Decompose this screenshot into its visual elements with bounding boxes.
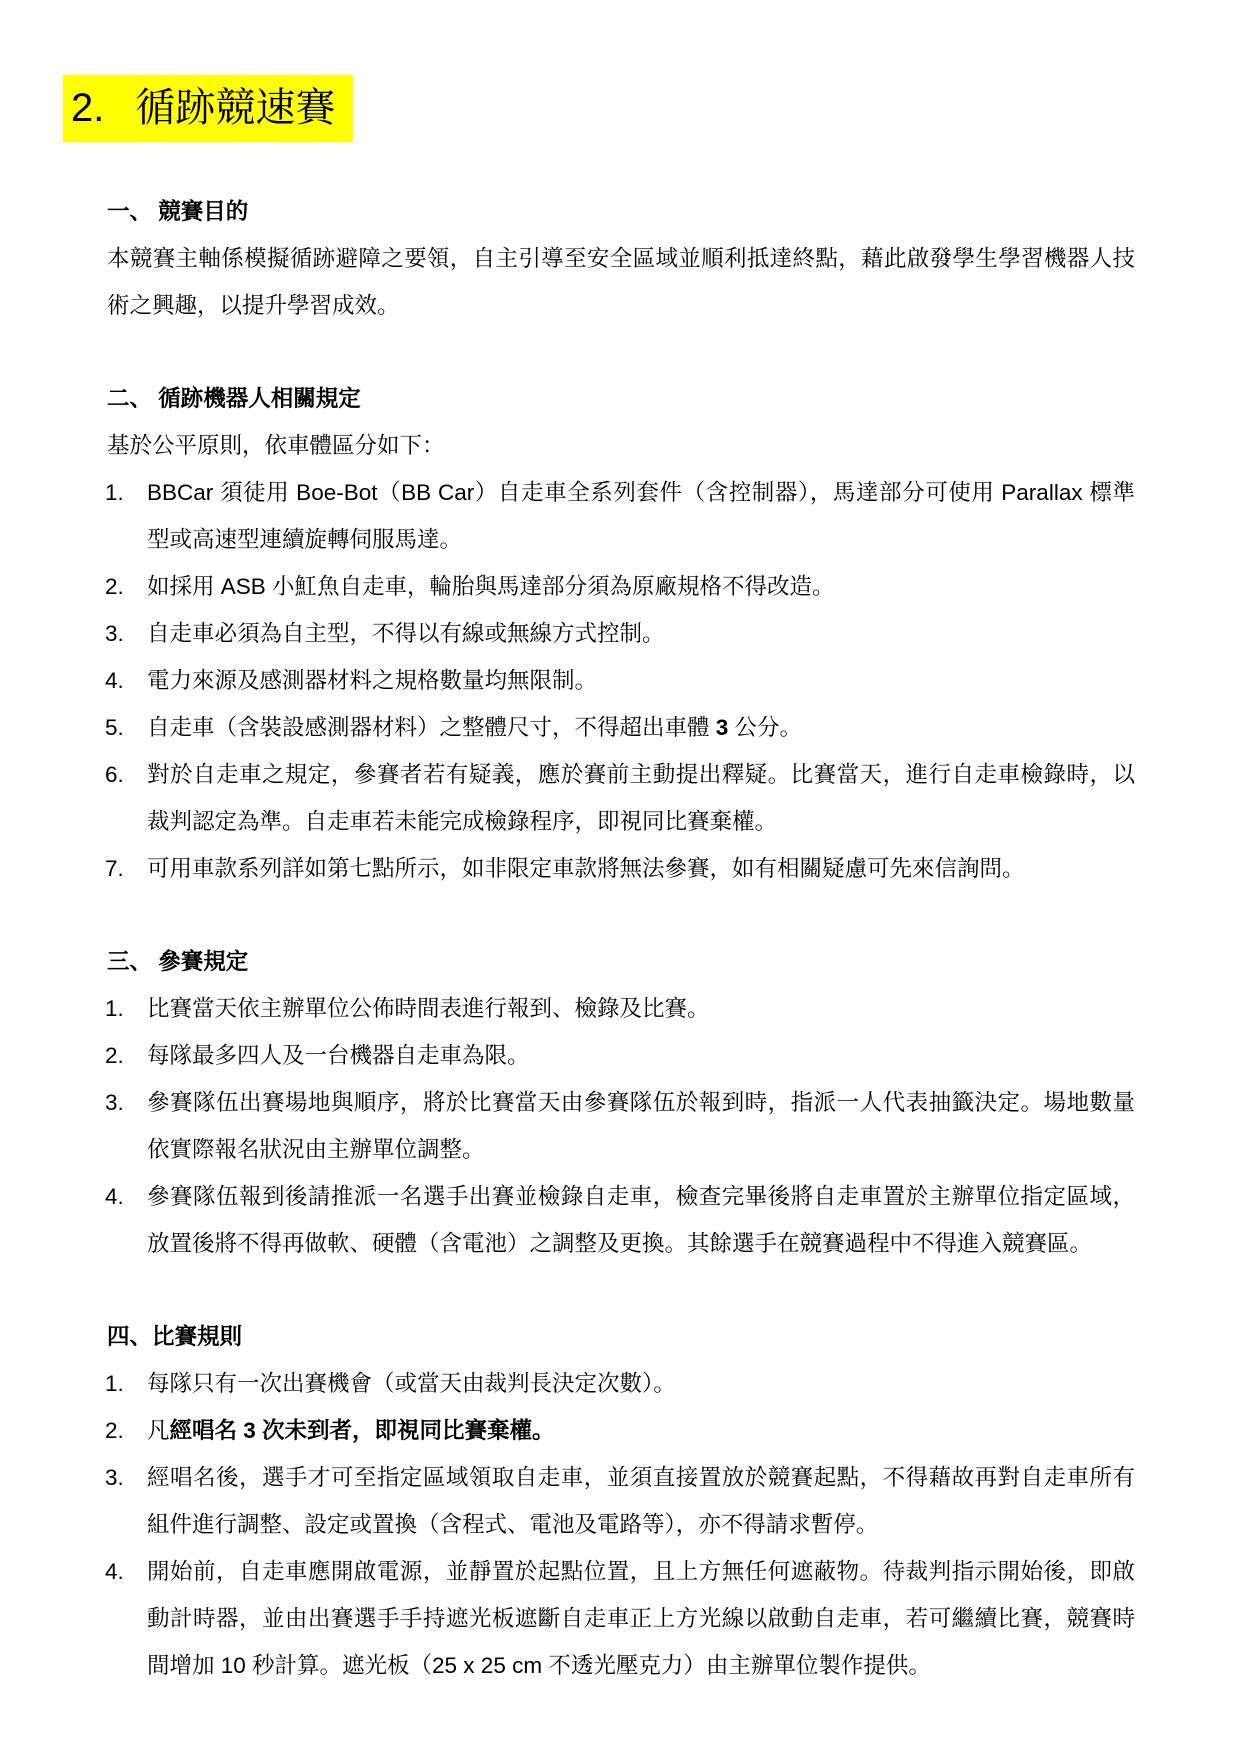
text-run: 凡 bbox=[147, 1418, 170, 1443]
section-items: 1.每隊只有一次出賽機會（或當天由裁判長決定次數）。2.凡經唱名 3 次未到者，… bbox=[107, 1360, 1135, 1689]
text-run: 公分。 bbox=[728, 715, 802, 740]
list-item-number: 1. bbox=[105, 469, 147, 563]
list-item-number: 4. bbox=[105, 1548, 147, 1689]
section: 一、 競賽目的 本競賽主軸係模擬循跡避障之要領，自主引導至安全區域並順利抵達終點… bbox=[107, 188, 1135, 329]
list-item-text: BBCar 須徒用 Boe-Bot（BB Car）自走車全系列套件（含控制器），… bbox=[147, 469, 1135, 563]
list-item-text: 電力來源及感測器材料之規格數量均無限制。 bbox=[147, 657, 1135, 704]
section: 四、比賽規則 1.每隊只有一次出賽機會（或當天由裁判長決定次數）。2.凡經唱名 … bbox=[107, 1313, 1135, 1689]
list-item-text: 如採用 ASB 小魟魚自走車，輪胎與馬達部分須為原廠規格不得改造。 bbox=[147, 563, 1135, 610]
list-item: 2.凡經唱名 3 次未到者，即視同比賽棄權。 bbox=[107, 1407, 1135, 1454]
list-item-text: 每隊最多四人及一台機器自走車為限。 bbox=[147, 1032, 1135, 1079]
text-run: 參賽隊伍出賽場地與順序，將於比賽當天由參賽隊伍於報到時，指派一人代表抽籤決定。場… bbox=[147, 1090, 1135, 1162]
text-run: 經唱名後，選手才可至指定區域領取自走車，並須直接置放於競賽起點，不得藉故再對自走… bbox=[147, 1465, 1135, 1537]
text-run: 比賽當天依主辦單位公佈時間表進行報到、檢錄及比賽。 bbox=[147, 996, 710, 1021]
list-item-number: 2. bbox=[105, 563, 147, 610]
list-item: 1.比賽當天依主辦單位公佈時間表進行報到、檢錄及比賽。 bbox=[107, 985, 1135, 1032]
document-page: 2.循跡競速賽 一、 競賽目的 本競賽主軸係模擬循跡避障之要領，自主引導至安全區… bbox=[0, 0, 1240, 1755]
list-item: 3.參賽隊伍出賽場地與順序，將於比賽當天由參賽隊伍於報到時，指派一人代表抽籤決定… bbox=[107, 1079, 1135, 1173]
text-run: 如採用 ASB 小魟魚自走車，輪胎與馬達部分須為原廠規格不得改造。 bbox=[147, 574, 835, 599]
list-item-number: 4. bbox=[105, 657, 147, 704]
section-items: 1.BBCar 須徒用 Boe-Bot（BB Car）自走車全系列套件（含控制器… bbox=[107, 469, 1135, 892]
list-item-text: 每隊只有一次出賽機會（或當天由裁判長決定次數）。 bbox=[147, 1360, 1135, 1407]
list-item: 2.每隊最多四人及一台機器自走車為限。 bbox=[107, 1032, 1135, 1079]
section-paragraphs: 基於公平原則，依車體區分如下： bbox=[107, 422, 1135, 469]
text-run: 電力來源及感測器材料之規格數量均無限制。 bbox=[147, 668, 597, 693]
list-item: 5.自走車（含裝設感測器材料）之整體尺寸，不得超出車體 3 公分。 bbox=[107, 704, 1135, 751]
section: 三、 參賽規定 1.比賽當天依主辦單位公佈時間表進行報到、檢錄及比賽。2.每隊最… bbox=[107, 938, 1135, 1267]
section-heading: 二、 循跡機器人相關規定 bbox=[107, 375, 1135, 422]
section-heading: 一、 競賽目的 bbox=[107, 188, 1135, 235]
text-run: 每隊只有一次出賽機會（或當天由裁判長決定次數）。 bbox=[147, 1371, 676, 1396]
text-run: 自走車（含裝設感測器材料）之整體尺寸，不得超出車體 bbox=[147, 715, 716, 740]
list-item-number: 3. bbox=[105, 1454, 147, 1548]
list-item: 4.參賽隊伍報到後請推派一名選手出賽並檢錄自走車，檢查完畢後將自走車置於主辦單位… bbox=[107, 1173, 1135, 1267]
list-item: 1.BBCar 須徒用 Boe-Bot（BB Car）自走車全系列套件（含控制器… bbox=[107, 469, 1135, 563]
list-item-number: 5. bbox=[105, 704, 147, 751]
list-item: 2.如採用 ASB 小魟魚自走車，輪胎與馬達部分須為原廠規格不得改造。 bbox=[107, 563, 1135, 610]
title-number: 2. bbox=[71, 85, 104, 131]
section-heading: 三、 參賽規定 bbox=[107, 938, 1135, 985]
list-item: 4.電力來源及感測器材料之規格數量均無限制。 bbox=[107, 657, 1135, 704]
text-run: 每隊最多四人及一台機器自走車為限。 bbox=[147, 1043, 530, 1068]
list-item: 3.自走車必須為自主型，不得以有線或無線方式控制。 bbox=[107, 610, 1135, 657]
text-run: 參賽隊伍報到後請推派一名選手出賽並檢錄自走車，檢查完畢後將自走車置於主辦單位指定… bbox=[147, 1184, 1135, 1256]
list-item-number: 3. bbox=[105, 610, 147, 657]
list-item-text: 比賽當天依主辦單位公佈時間表進行報到、檢錄及比賽。 bbox=[147, 985, 1135, 1032]
list-item-number: 2. bbox=[105, 1407, 147, 1454]
document-title: 2.循跡競速賽 bbox=[63, 75, 353, 142]
list-item-number: 4. bbox=[105, 1173, 147, 1267]
section-heading: 四、比賽規則 bbox=[107, 1313, 1135, 1360]
list-item-number: 6. bbox=[105, 751, 147, 845]
list-item-text: 對於自走車之規定，參賽者若有疑義，應於賽前主動提出釋疑。比賽當天，進行自走車檢錄… bbox=[147, 751, 1135, 845]
text-run: 可用車款系列詳如第七點所示，如非限定車款將無法參賽，如有相關疑慮可先來信詢問。 bbox=[147, 856, 1025, 881]
list-item-text: 經唱名後，選手才可至指定區域領取自走車，並須直接置放於競賽起點，不得藉故再對自走… bbox=[147, 1454, 1135, 1548]
section-items: 1.比賽當天依主辦單位公佈時間表進行報到、檢錄及比賽。2.每隊最多四人及一台機器… bbox=[107, 985, 1135, 1267]
list-item-text: 參賽隊伍報到後請推派一名選手出賽並檢錄自走車，檢查完畢後將自走車置於主辦單位指定… bbox=[147, 1173, 1135, 1267]
list-item-text: 自走車（含裝設感測器材料）之整體尺寸，不得超出車體 3 公分。 bbox=[147, 704, 1135, 751]
text-run: 對於自走車之規定，參賽者若有疑義，應於賽前主動提出釋疑。比賽當天，進行自走車檢錄… bbox=[147, 762, 1135, 834]
list-item: 7.可用車款系列詳如第七點所示，如非限定車款將無法參賽，如有相關疑慮可先來信詢問… bbox=[107, 845, 1135, 892]
list-item-number: 7. bbox=[105, 845, 147, 892]
bold-text-run: 3 bbox=[716, 715, 729, 740]
list-item-text: 凡經唱名 3 次未到者，即視同比賽棄權。 bbox=[147, 1407, 1135, 1454]
list-item-number: 2. bbox=[105, 1032, 147, 1079]
list-item-text: 可用車款系列詳如第七點所示，如非限定車款將無法參賽，如有相關疑慮可先來信詢問。 bbox=[147, 845, 1135, 892]
title-text: 循跡競速賽 bbox=[135, 86, 335, 130]
bold-text-run: 經唱名 3 次未到者，即視同比賽棄權。 bbox=[170, 1418, 555, 1443]
section: 二、 循跡機器人相關規定 基於公平原則，依車體區分如下： 1.BBCar 須徒用… bbox=[107, 375, 1135, 892]
list-item-text: 參賽隊伍出賽場地與順序，將於比賽當天由參賽隊伍於報到時，指派一人代表抽籤決定。場… bbox=[147, 1079, 1135, 1173]
paragraph: 基於公平原則，依車體區分如下： bbox=[107, 422, 1135, 469]
list-item-text: 開始前，自走車應開啟電源，並靜置於起點位置，且上方無任何遮蔽物。待裁判指示開始後… bbox=[147, 1548, 1135, 1689]
list-item: 3.經唱名後，選手才可至指定區域領取自走車，並須直接置放於競賽起點，不得藉故再對… bbox=[107, 1454, 1135, 1548]
list-item: 6.對於自走車之規定，參賽者若有疑義，應於賽前主動提出釋疑。比賽當天，進行自走車… bbox=[107, 751, 1135, 845]
text-run: 開始前，自走車應開啟電源，並靜置於起點位置，且上方無任何遮蔽物。待裁判指示開始後… bbox=[147, 1559, 1135, 1678]
text-run: BBCar 須徒用 Boe-Bot（BB Car）自走車全系列套件（含控制器），… bbox=[147, 480, 1135, 552]
list-item-text: 自走車必須為自主型，不得以有線或無線方式控制。 bbox=[147, 610, 1135, 657]
paragraph: 本競賽主軸係模擬循跡避障之要領，自主引導至安全區域並順利抵達終點，藉此啟發學生學… bbox=[107, 235, 1135, 329]
list-item-number: 1. bbox=[105, 1360, 147, 1407]
sections: 一、 競賽目的 本競賽主軸係模擬循跡避障之要領，自主引導至安全區域並順利抵達終點… bbox=[107, 188, 1135, 1689]
text-run: 自走車必須為自主型，不得以有線或無線方式控制。 bbox=[147, 621, 665, 646]
list-item: 4.開始前，自走車應開啟電源，並靜置於起點位置，且上方無任何遮蔽物。待裁判指示開… bbox=[107, 1548, 1135, 1689]
section-paragraphs: 本競賽主軸係模擬循跡避障之要領，自主引導至安全區域並順利抵達終點，藉此啟發學生學… bbox=[107, 235, 1135, 329]
list-item-number: 1. bbox=[105, 985, 147, 1032]
list-item-number: 3. bbox=[105, 1079, 147, 1173]
list-item: 1.每隊只有一次出賽機會（或當天由裁判長決定次數）。 bbox=[107, 1360, 1135, 1407]
